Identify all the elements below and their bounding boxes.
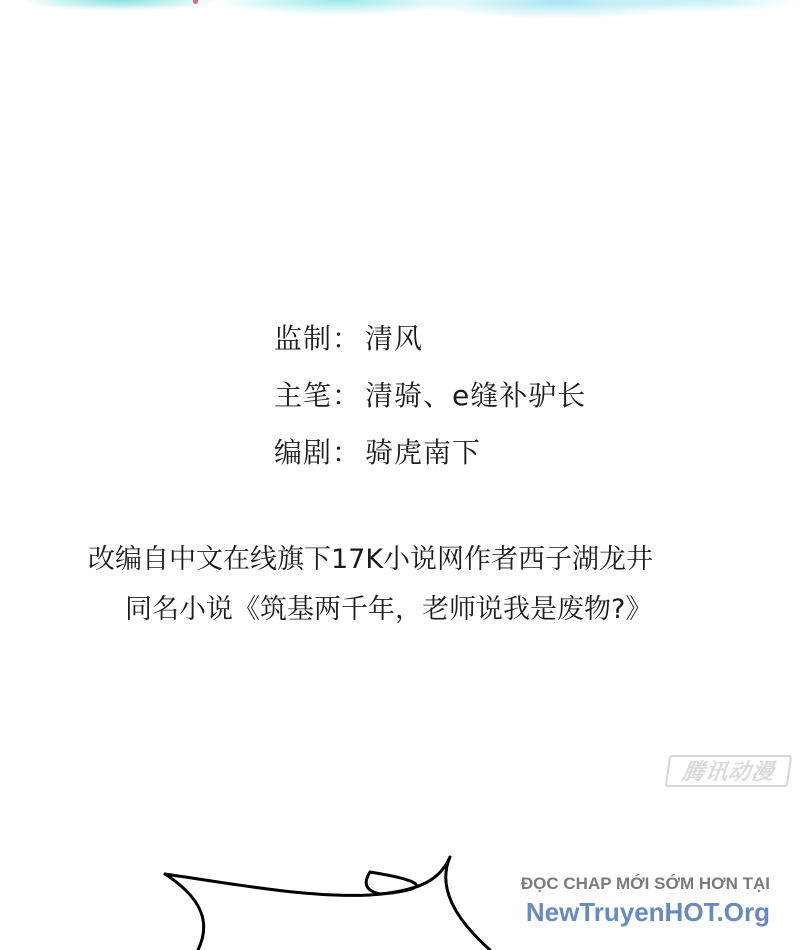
staff-row-writer: 编剧：骑虎南下 [274, 424, 586, 481]
staff-row-lead-artist: 主笔：清骑、e缝补驴长 [274, 367, 586, 424]
staff-name: 清骑、e缝补驴长 [365, 367, 586, 424]
publisher-logo: 腾讯动漫 [665, 755, 792, 787]
staff-role: 监制： [274, 310, 361, 367]
source-credit-line-1: 改编自中文在线旗下17K小说网作者西子湖龙井 [88, 535, 653, 585]
top-decorative-art [0, 0, 800, 40]
bubble-stroke [165, 857, 490, 950]
watermark-site-name: NewTruyenHOT.Org [521, 896, 770, 928]
staff-name: 骑虎南下 [365, 424, 481, 481]
staff-credits: 监制：清风 主笔：清骑、e缝补驴长 编剧：骑虎南下 [274, 310, 586, 481]
source-credit-line-2: 同名小说《筑基两千年，老师说我是废物?》 [125, 585, 652, 635]
site-watermark: ĐỌC CHAP MỚI SỚM HƠN TẠI NewTruyenHOT.Or… [521, 872, 770, 928]
staff-name: 清风 [365, 310, 423, 367]
staff-role: 主笔： [274, 367, 361, 424]
watermark-tagline: ĐỌC CHAP MỚI SỚM HƠN TẠI [521, 872, 770, 896]
staff-role: 编剧： [274, 424, 361, 481]
staff-row-supervisor: 监制：清风 [274, 310, 586, 367]
decorative-dot [193, 0, 198, 4]
